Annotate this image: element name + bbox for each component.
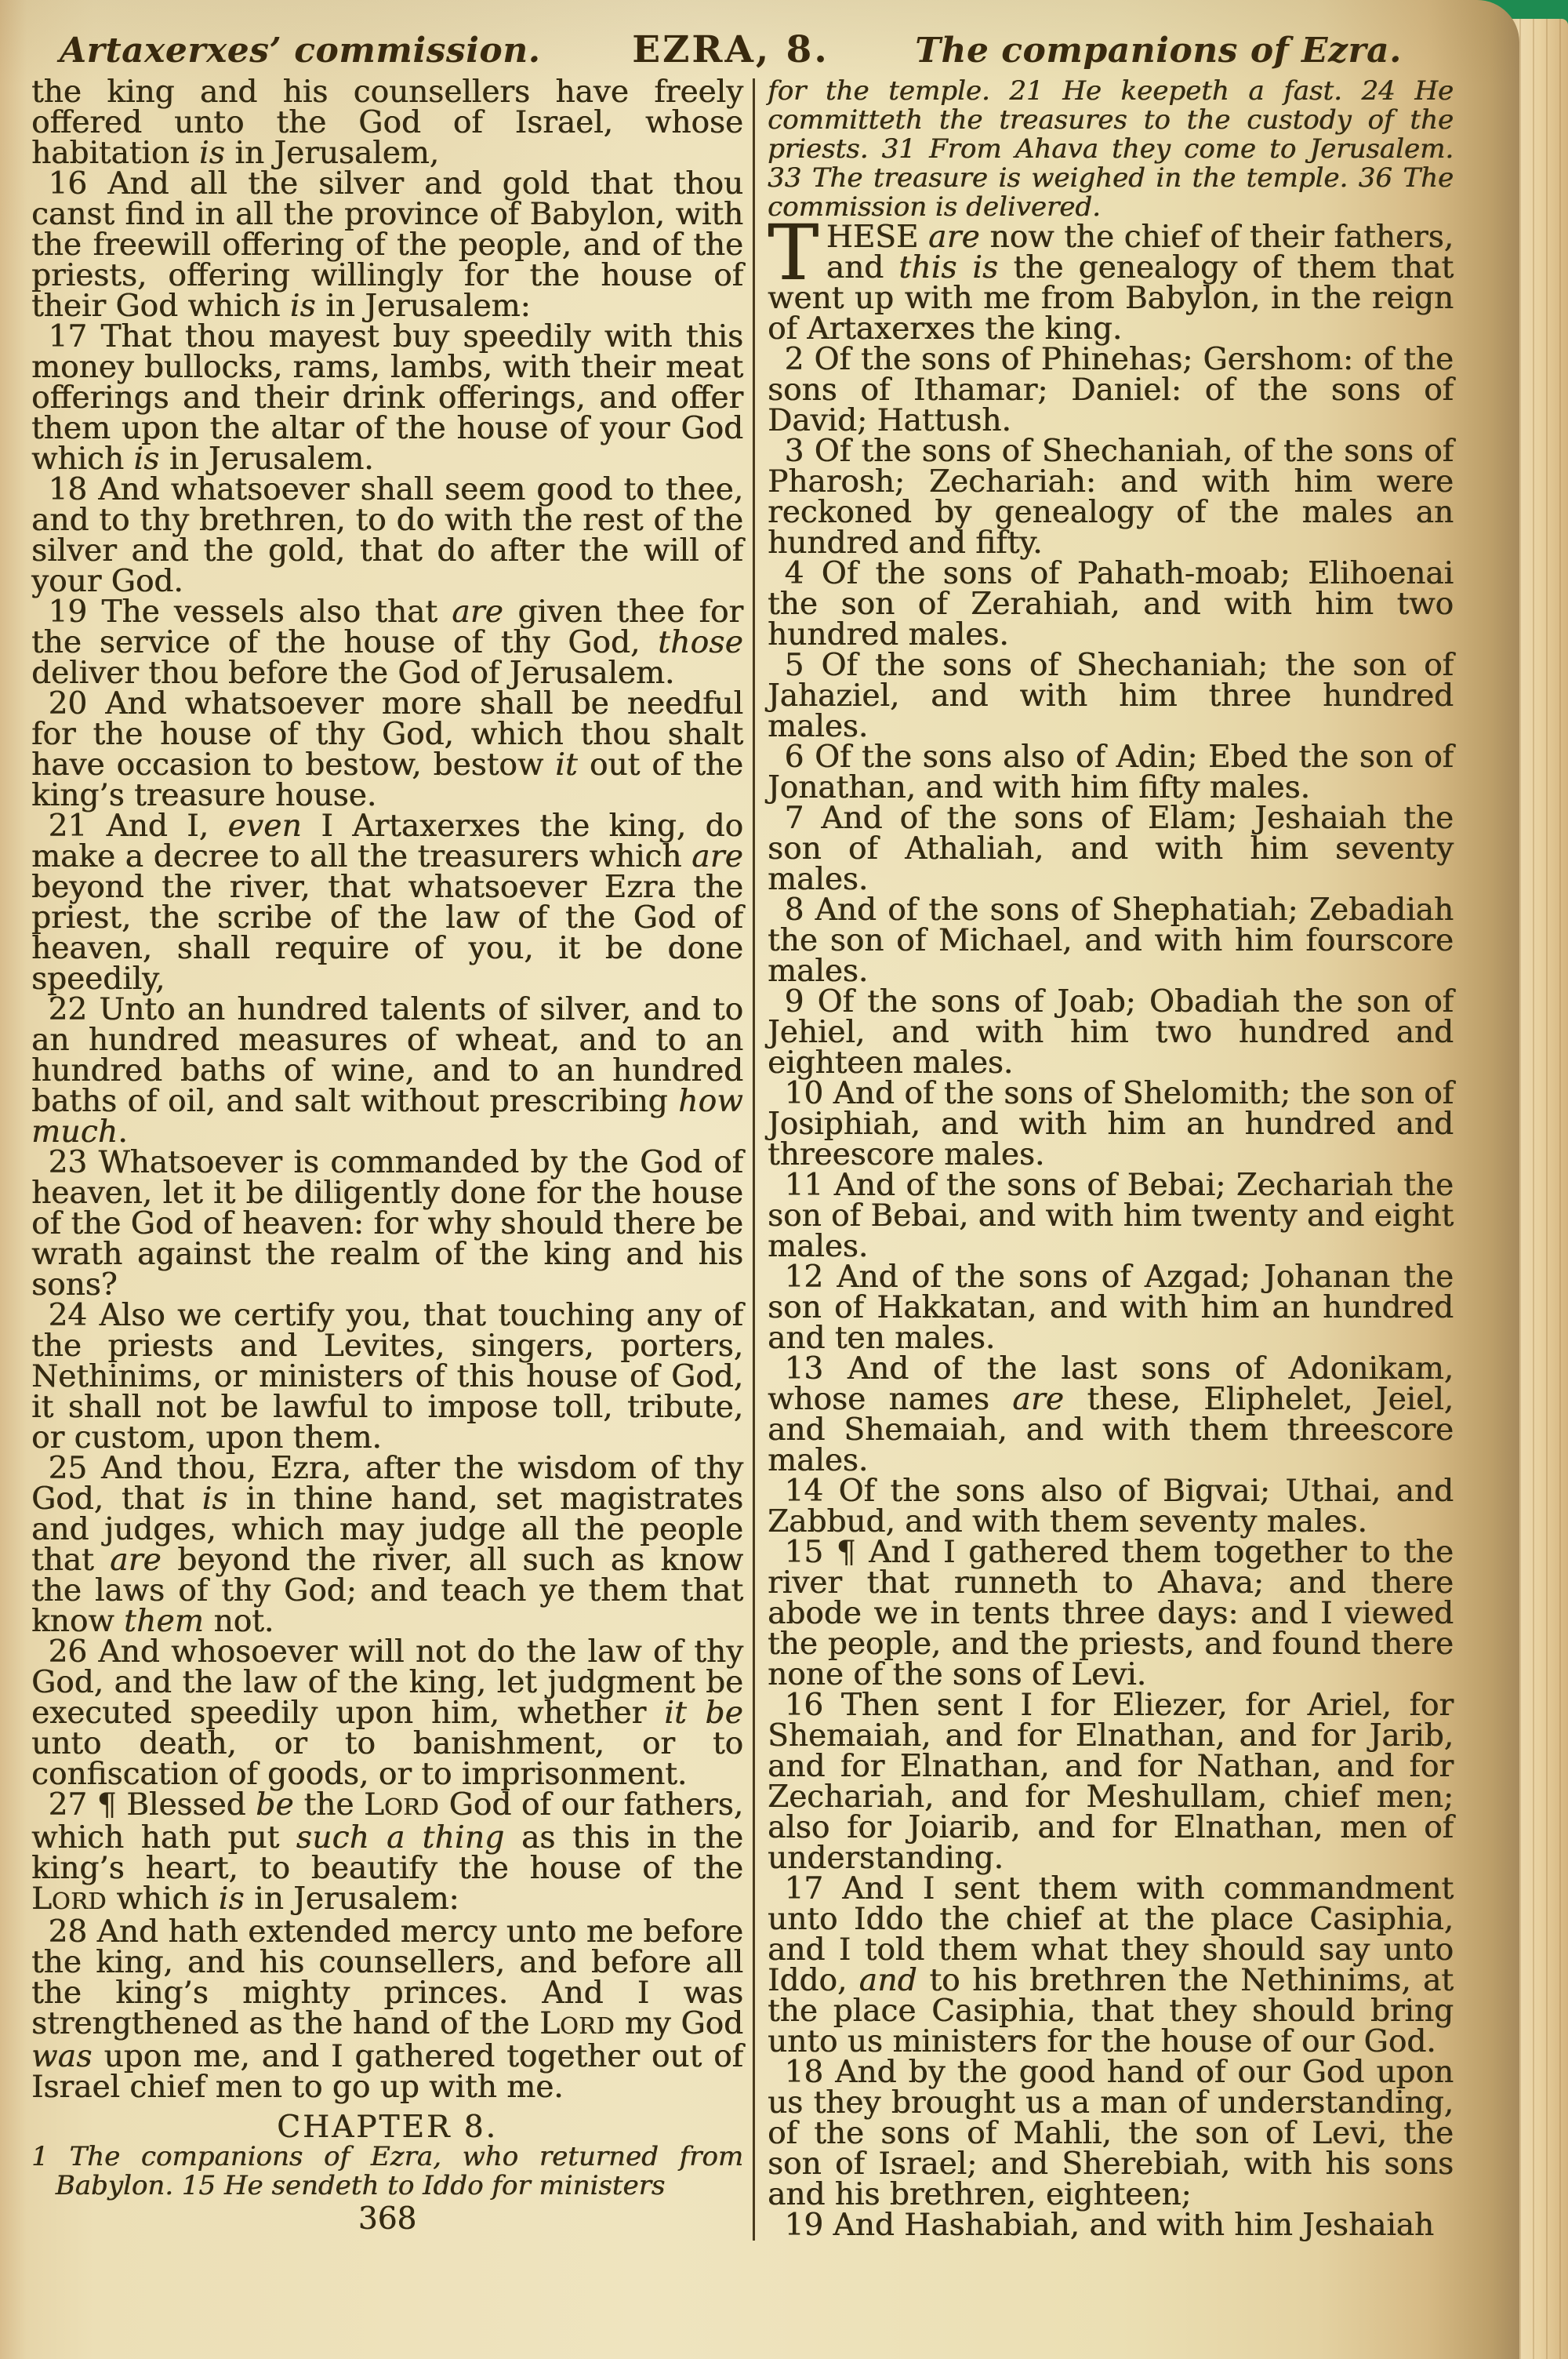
page-number: 368 — [31, 2204, 743, 2234]
verse-paragraph: 28 And hath extended mercy unto me befor… — [31, 1917, 743, 2103]
chapter-summary: for the temple. 21 He keepeth a fast. 24… — [768, 77, 1454, 222]
verse-paragraph: 7 And of the sons of Elam; Jeshaiah the … — [768, 803, 1454, 895]
text-columns: the king and his counsellers have freely… — [31, 77, 1454, 2241]
verse-paragraph: 18 And whatsoever shall seem good to the… — [31, 474, 743, 597]
verse-paragraph: 2 Of the sons of Phinehas; Gershom: of t… — [768, 344, 1454, 436]
verse-paragraph: 6 Of the sons also of Adin; Ebed the son… — [768, 742, 1454, 803]
small-caps-lord: LORD — [31, 1881, 107, 1917]
chapter-summary: 1 The companions of Ezra, who returned f… — [31, 2143, 743, 2201]
running-header: Artaxerxes’ commission. EZRA, 8. The com… — [60, 28, 1402, 71]
verse-paragraph: 16 And all the silver and gold that thou… — [31, 169, 743, 322]
verse-paragraph: 20 And whatsoever more shall be needful … — [31, 689, 743, 811]
chapter-heading: CHAPTER 8. — [31, 2109, 743, 2143]
verse-paragraph: 25 And thou, Ezra, after the wisdom of t… — [31, 1453, 743, 1637]
verse-paragraph: 17 That thou mayest buy speedily with th… — [31, 322, 743, 474]
verse-paragraph: 26 And whosoever will not do the law of … — [31, 1637, 743, 1790]
running-head-left: Artaxerxes’ commission. — [60, 31, 632, 71]
verse-paragraph: 9 Of the sons of Joab; Obadiah the son o… — [768, 987, 1454, 1078]
verse-paragraph-dropcap: THESE are now the chief of their fathers… — [768, 222, 1454, 344]
verse-paragraph: 10 And of the sons of Shelomith; the son… — [768, 1078, 1454, 1170]
verse-paragraph: 16 Then sent I for Eliezer, for Ariel, f… — [768, 1690, 1454, 1874]
bible-page: Artaxerxes’ commission. EZRA, 8. The com… — [0, 0, 1519, 2359]
continuation-paragraph: the king and his counsellers have freely… — [31, 77, 743, 169]
verse-paragraph: 3 Of the sons of Shechaniah, of the sons… — [768, 436, 1454, 558]
verse-paragraph: 19 The vessels also that are given thee … — [31, 597, 743, 689]
small-caps-lord: LORD — [364, 1787, 439, 1823]
verse-paragraph: 15 ¶ And I gathered them together to the… — [768, 1537, 1454, 1690]
right-column: for the temple. 21 He keepeth a fast. 24… — [768, 77, 1454, 2241]
verse-paragraph: 22 Unto an hundred talents of silver, an… — [31, 994, 743, 1147]
left-column: the king and his counsellers have freely… — [31, 77, 743, 2234]
verse-paragraph: 12 And of the sons of Azgad; Johanan the… — [768, 1262, 1454, 1354]
running-head-right: The companions of Ezra. — [829, 31, 1402, 71]
verse-paragraph: 13 And of the last sons of Adonikam, who… — [768, 1354, 1454, 1476]
verse-paragraph: 8 And of the sons of Shephatiah; Zebadia… — [768, 895, 1454, 987]
verse-paragraph: 11 And of the sons of Bebai; Zechariah t… — [768, 1170, 1454, 1262]
verse-paragraph: 27 ¶ Blessed be the LORD God of our fath… — [31, 1790, 743, 1917]
verse-paragraph: 14 Of the sons also of Bigvai; Uthai, an… — [768, 1476, 1454, 1537]
verse-paragraph: 19 And Hashabiah, and with him Jeshaiah — [768, 2210, 1454, 2241]
verse-paragraph: 17 And I sent them with commandment unto… — [768, 1874, 1454, 2057]
verse-paragraph: 21 And I, even I Artaxerxes the king, do… — [31, 811, 743, 994]
verse-paragraph: 23 Whatsoever is commanded by the God of… — [31, 1147, 743, 1300]
drop-cap-initial: T — [768, 222, 826, 282]
small-caps-lord: LORD — [539, 2006, 615, 2041]
running-head-center: EZRA, 8. — [632, 28, 829, 71]
verse-paragraph: 5 Of the sons of Shechaniah; the son of … — [768, 650, 1454, 742]
verse-paragraph: 4 Of the sons of Pahath-moab; Elihoenai … — [768, 558, 1454, 650]
verse-paragraph: 18 And by the good hand of our God upon … — [768, 2057, 1454, 2210]
column-divider-rule — [753, 78, 755, 2241]
verse-paragraph: 24 Also we certify you, that touching an… — [31, 1300, 743, 1453]
